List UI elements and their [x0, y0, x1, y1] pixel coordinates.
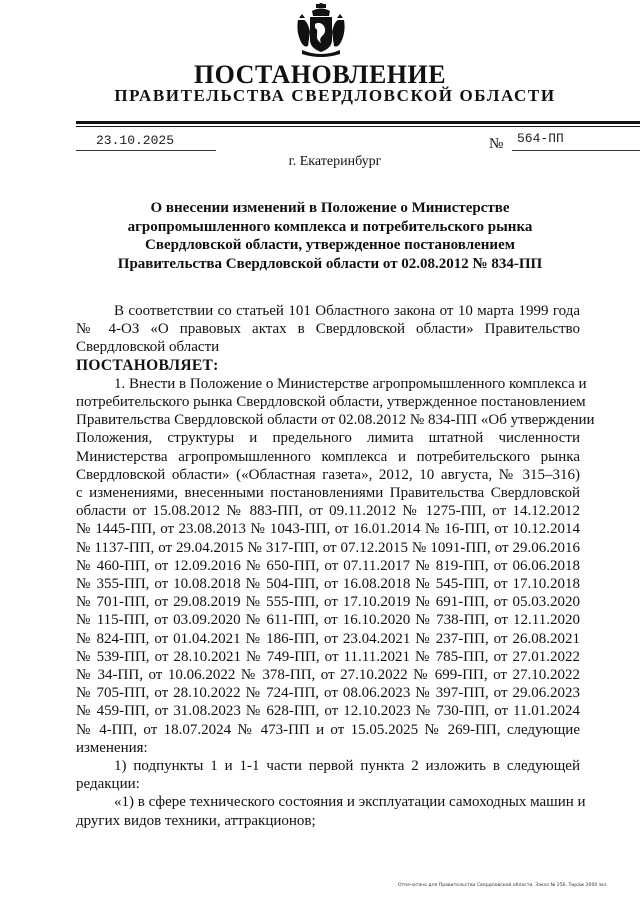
- text-line: В соответствии со статьей 101 Областного…: [76, 302, 580, 320]
- text-line: № 1137-ПП, от 29.04.2015 № 317-ПП, от 07…: [76, 539, 580, 557]
- print-note: Отпечатано для Правительства Свердловско…: [398, 883, 608, 889]
- quoted-text: «1) в сфере технического состояния и экс…: [76, 793, 580, 829]
- text-line: № 824-ПП, от 01.04.2021 № 186-ПП, от 23.…: [76, 630, 580, 648]
- issuer-subtitle: ПРАВИТЕЛЬСТВА СВЕРДЛОВСКОЙ ОБЛАСТИ: [0, 86, 640, 106]
- document-date: 23.10.2025: [76, 133, 216, 151]
- text-line: Свердловской области» («Областная газета…: [76, 466, 580, 484]
- item-1: 1. Внести в Положение о Министерстве агр…: [76, 375, 580, 757]
- text-line: Положения, структуры и предельного лимит…: [76, 429, 580, 447]
- text-line: № 4-ОЗ «О правовых актах в Свердловской …: [76, 320, 580, 338]
- text-line: Свердловской области: [76, 338, 580, 356]
- text-line: 1) подпункты 1 и 1-1 части первой пункта…: [76, 757, 580, 775]
- text-line: редакции:: [76, 775, 580, 793]
- text-line: «1) в сфере технического состояния и экс…: [76, 793, 580, 811]
- city: г. Екатеринбург: [0, 153, 640, 171]
- text-line: № 355-ПП, от 10.08.2018 № 504-ПП, от 16.…: [76, 575, 580, 593]
- text-line: № 1445-ПП, от 23.08.2013 № 1043-ПП, от 1…: [76, 520, 580, 538]
- document-number: 564-ПП: [512, 131, 640, 151]
- coat-of-arms-icon: [296, 2, 346, 60]
- text-line: № 539-ПП, от 28.10.2021 № 749-ПП, от 11.…: [76, 648, 580, 666]
- text-line: № 705-ПП, от 28.10.2022 № 724-ПП, от 08.…: [76, 684, 580, 702]
- text-line: Министерства агропромышленного комплекса…: [76, 448, 580, 466]
- text-line: других видов техники, аттракционов;: [76, 812, 580, 830]
- text-line: Правительства Свердловской области от 02…: [76, 411, 580, 429]
- text-line: 1. Внести в Положение о Министерстве агр…: [76, 375, 580, 393]
- preamble: В соответствии со статьей 101 Областного…: [76, 302, 580, 357]
- document-subject: О внесении изменений в Положение о Минис…: [100, 199, 560, 273]
- header-divider-thick: [76, 121, 640, 124]
- text-line: потребительского рынка Свердловской обла…: [76, 393, 580, 411]
- header-divider-thin: [76, 126, 640, 127]
- document-page: ПОСТАНОВЛЕНИЕ ПРАВИТЕЛЬСТВА СВЕРДЛОВСКОЙ…: [0, 0, 640, 905]
- text-line: № 4-ПП, от 18.07.2024 № 473-ПП и от 15.0…: [76, 721, 580, 739]
- text-line: области от 15.08.2012 № 883-ПП, от 09.11…: [76, 502, 580, 520]
- text-line: с изменениями, внесенными постановлениям…: [76, 484, 580, 502]
- text-line: № 34-ПП, от 10.06.2022 № 378-ПП, от 27.1…: [76, 666, 580, 684]
- subitem-1: 1) подпункты 1 и 1-1 части первой пункта…: [76, 757, 580, 793]
- text-line: № 459-ПП, от 31.08.2023 № 628-ПП, от 12.…: [76, 702, 580, 720]
- resolves-heading: ПОСТАНОВЛЯЕТ:: [76, 357, 580, 375]
- document-body: В соответствии со статьей 101 Областного…: [76, 302, 580, 830]
- document-type-title: ПОСТАНОВЛЕНИЕ: [0, 61, 640, 89]
- text-line: № 115-ПП, от 03.09.2020 № 611-ПП, от 16.…: [76, 611, 580, 629]
- text-line: изменения:: [76, 739, 580, 757]
- text-line: № 460-ПП, от 12.09.2016 № 650-ПП, от 07.…: [76, 557, 580, 575]
- text-line: № 701-ПП, от 29.08.2019 № 555-ПП, от 17.…: [76, 593, 580, 611]
- number-label: №: [489, 136, 503, 152]
